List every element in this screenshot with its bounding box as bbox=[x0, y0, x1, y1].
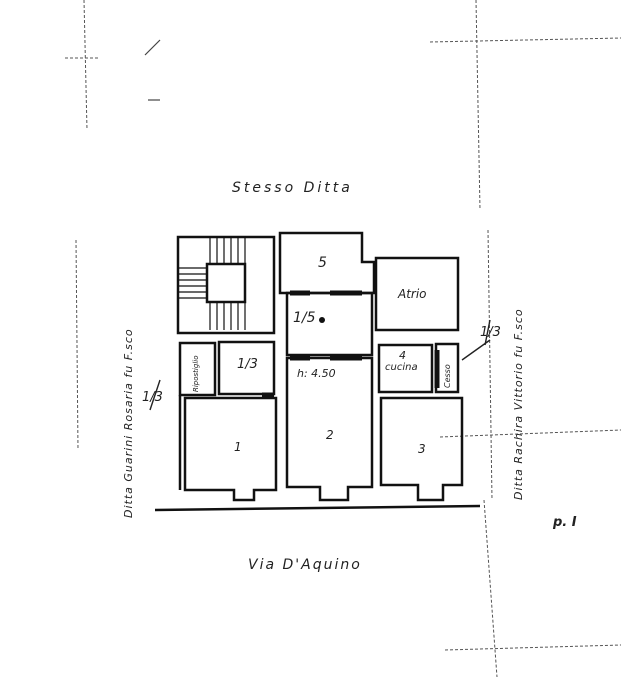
floor-plan-drawing bbox=[0, 0, 621, 677]
kitchen-label: cucina bbox=[385, 362, 418, 373]
room-5-label: 5 bbox=[318, 255, 327, 271]
room-1-label: 1 bbox=[234, 440, 242, 454]
street-line bbox=[155, 506, 480, 510]
east-neighbor-label: Ditta Rachira Vittorio fu F.sco bbox=[512, 308, 525, 500]
grid-lines bbox=[65, 0, 621, 677]
north-neighbor-label: Stesso Ditta bbox=[232, 180, 353, 196]
west-subalterno-mark: 1/3 bbox=[142, 390, 163, 405]
room-4-label: 4 bbox=[399, 349, 406, 362]
ripostiglio-label: Ripostiglio bbox=[192, 356, 200, 393]
atrio-label: Atrio bbox=[398, 287, 427, 301]
room-3-label: 3 bbox=[418, 442, 426, 456]
room-2-label: 2 bbox=[326, 428, 334, 442]
street-name-label: Via D'Aquino bbox=[248, 557, 362, 573]
west-neighbor-label: Ditta Guarini Rosaria fu F.sco bbox=[122, 328, 135, 518]
corridor-subalterno-label: 1/5 bbox=[293, 310, 316, 326]
height-note: h: 4.50 bbox=[297, 367, 336, 380]
cesso-label: Cesso bbox=[443, 364, 452, 388]
small-room-subalterno-label: 1/3 bbox=[237, 357, 258, 372]
east-subalterno-mark: 1/3 bbox=[480, 325, 501, 340]
page-label: p. I bbox=[553, 515, 577, 530]
